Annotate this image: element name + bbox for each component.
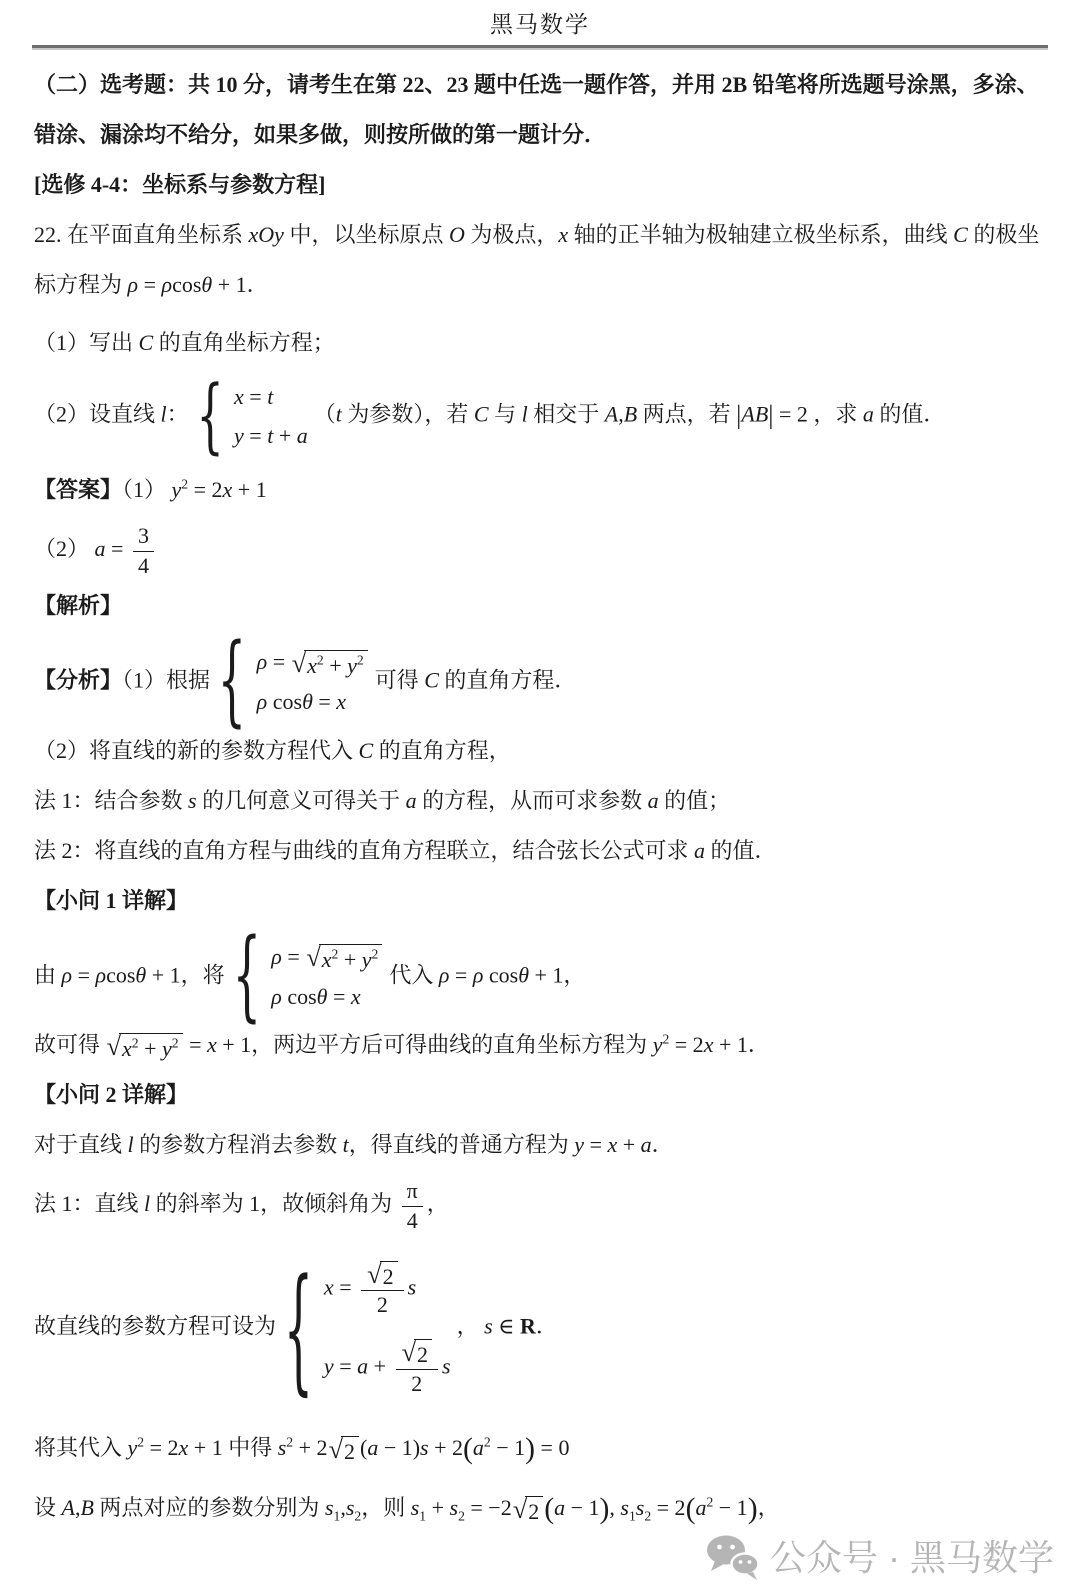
- para-sub-question-2: （2）设直线 l：{x = ty = t + a（t 为参数），若 C 与 l …: [34, 374, 1046, 459]
- para-detail-1-title: 【小问 1 详解】: [34, 876, 1046, 926]
- para-detail-2-parametric: 故直线的参数方程可设为{x = √22sy = a + √22s， s ∈ R．: [34, 1246, 1046, 1411]
- para-analysis-header: 【解析】: [34, 581, 1046, 631]
- para-analysis-1: 【分析】（1）根据{ρ = √x2 + y2ρ cosθ = x可得 C 的直角…: [34, 639, 1046, 726]
- para-detail-2-substitution: 将其代入 y2 = 2x + 1 中得 s2 + 2√2(a − 1)s + 2…: [34, 1423, 1046, 1473]
- para-exam-instructions: （二）选考题：共 10 分，请考生在第 22、23 题中任选一题作答，并用 2B…: [34, 60, 1046, 160]
- watermark-label: 公众号 · 黑马数学: [770, 1540, 1054, 1576]
- para-sub-question-1: （1）写出 C 的直角坐标方程；: [34, 318, 1046, 368]
- para-question-22: 22. 在平面直角坐标系 xOy 中，以坐标原点 O 为极点，x 轴的正半轴为极…: [34, 210, 1046, 310]
- para-detail-1-step-2: 故可得 √x2 + y2 = x + 1，两边平方后可得曲线的直角坐标方程为 y…: [34, 1020, 1046, 1070]
- para-detail-1-step-1: 由 ρ = ρcosθ + 1，将{ρ = √x2 + y2ρ cosθ = x…: [34, 934, 1046, 1021]
- footer-watermark: 公众号 · 黑马数学: [706, 1535, 1054, 1581]
- para-detail-2-vieta: 设 A,B 两点对应的参数分别为 s1,s2，则 s1 + s2 = −2√2(…: [34, 1483, 1046, 1533]
- page-header: 黑马数学: [0, 0, 1080, 50]
- para-method-2-note: 法 2：将直线的直角方程与曲线的直角方程联立，结合弦长公式可求 a 的值．: [34, 826, 1046, 876]
- para-method-1-note: 法 1：结合参数 s 的几何意义可得关于 a 的方程，从而可求参数 a 的值；: [34, 776, 1046, 826]
- para-answer-1: 【答案】（1） y2 = 2x + 1: [34, 465, 1046, 515]
- document-page: 黑马数学 （二）选考题：共 10 分，请考生在第 22、23 题中任选一题作答，…: [0, 0, 1080, 1593]
- para-detail-2-method-1: 法 1：直线 l 的斜率为 1，故倾斜角为 π4，: [34, 1176, 1046, 1236]
- para-detail-2-step-1: 对于直线 l 的参数方程消去参数 t，得直线的普通方程为 y = x + a．: [34, 1120, 1046, 1170]
- page-title: 黑马数学: [0, 0, 1080, 40]
- para-answer-2: （2） a = 34: [34, 521, 1046, 581]
- para-elective-title: [选修 4-4：坐标系与参数方程]: [34, 160, 1046, 210]
- para-detail-2-title: 【小问 2 详解】: [34, 1070, 1046, 1120]
- document-body: （二）选考题：共 10 分，请考生在第 22、23 题中任选一题作答，并用 2B…: [0, 50, 1080, 1533]
- wechat-icon: [706, 1535, 760, 1581]
- para-analysis-2: （2）将直线的新的参数方程代入 C 的直角方程，: [34, 726, 1046, 776]
